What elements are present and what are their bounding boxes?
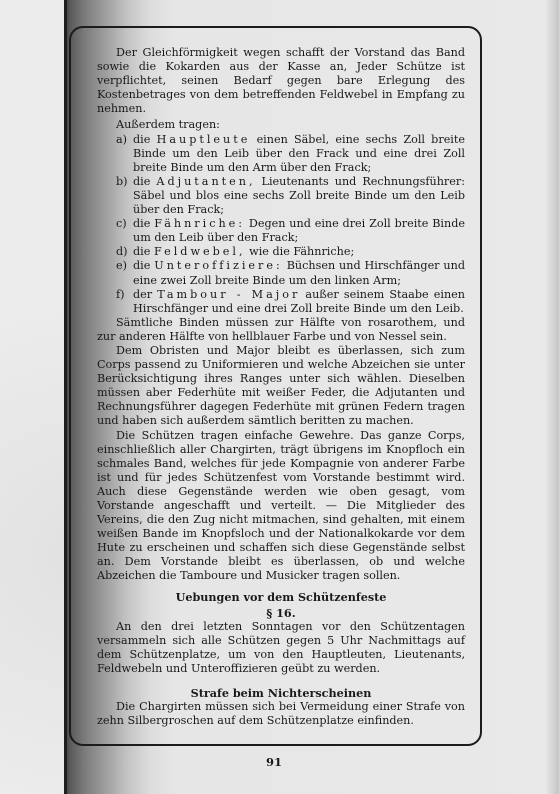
list-marker: f): [116, 288, 125, 302]
intro-paragraph: Der Gleichförmigkeit wegen schafft der V…: [97, 46, 465, 116]
rank-name: Hauptleute: [157, 133, 251, 146]
list-item: f) der Tambour - Major außer seinem Staa…: [97, 288, 465, 316]
list-item: b) die Adjutanten, Lieutenants und Rechn…: [97, 175, 465, 217]
paragraph-schuetzen: Die Schützen tragen einfache Gewehre. Da…: [97, 429, 465, 584]
paragraph-binden: Sämtliche Binden müssen zur Hälfte von r…: [97, 316, 465, 344]
list-marker: c): [116, 217, 127, 231]
list-item: e) die Unteroffiziere: Büchsen und Hirsc…: [97, 259, 465, 287]
page-text-block: Der Gleichförmigkeit wegen schafft der V…: [97, 46, 465, 728]
rank-name: Adjutanten,: [156, 175, 255, 188]
list-marker: e): [116, 259, 127, 273]
list-intro: Außerdem tragen:: [97, 118, 465, 132]
rank-name: Unteroffiziere:: [154, 259, 283, 272]
rank-name: Feldwebel,: [154, 245, 246, 258]
page-spine-shadow: [64, 0, 67, 794]
section-heading-strafe: Strafe beim Nichterscheinen: [97, 686, 465, 700]
uniform-list: a) die Hauptleute einen Säbel, eine sech…: [97, 133, 465, 316]
paragraph-number: § 16.: [97, 606, 465, 620]
paragraph-strafe: Die Chargirten müssen sich bei Vermeidun…: [97, 700, 465, 728]
list-item: c) die Fähnriche: Degen und eine drei Zo…: [97, 217, 465, 245]
list-item: d) die Feldwebel, wie die Fähnriche;: [97, 245, 465, 259]
page-number: 91: [266, 755, 282, 769]
list-marker: d): [116, 245, 128, 259]
list-marker: a): [116, 133, 127, 147]
rank-name: Fähnriche:: [154, 217, 245, 230]
list-marker: b): [116, 175, 128, 189]
section-heading-uebungen: Uebungen vor dem Schützenfeste: [97, 590, 465, 604]
rank-name: Tambour - Major: [157, 288, 300, 301]
paragraph-obristen: Dem Obristen und Major bleibt es überlas…: [97, 344, 465, 429]
paragraph-uebungen: An den drei letzten Sonntagen vor den Sc…: [97, 620, 465, 676]
list-item: a) die Hauptleute einen Säbel, eine sech…: [97, 133, 465, 175]
